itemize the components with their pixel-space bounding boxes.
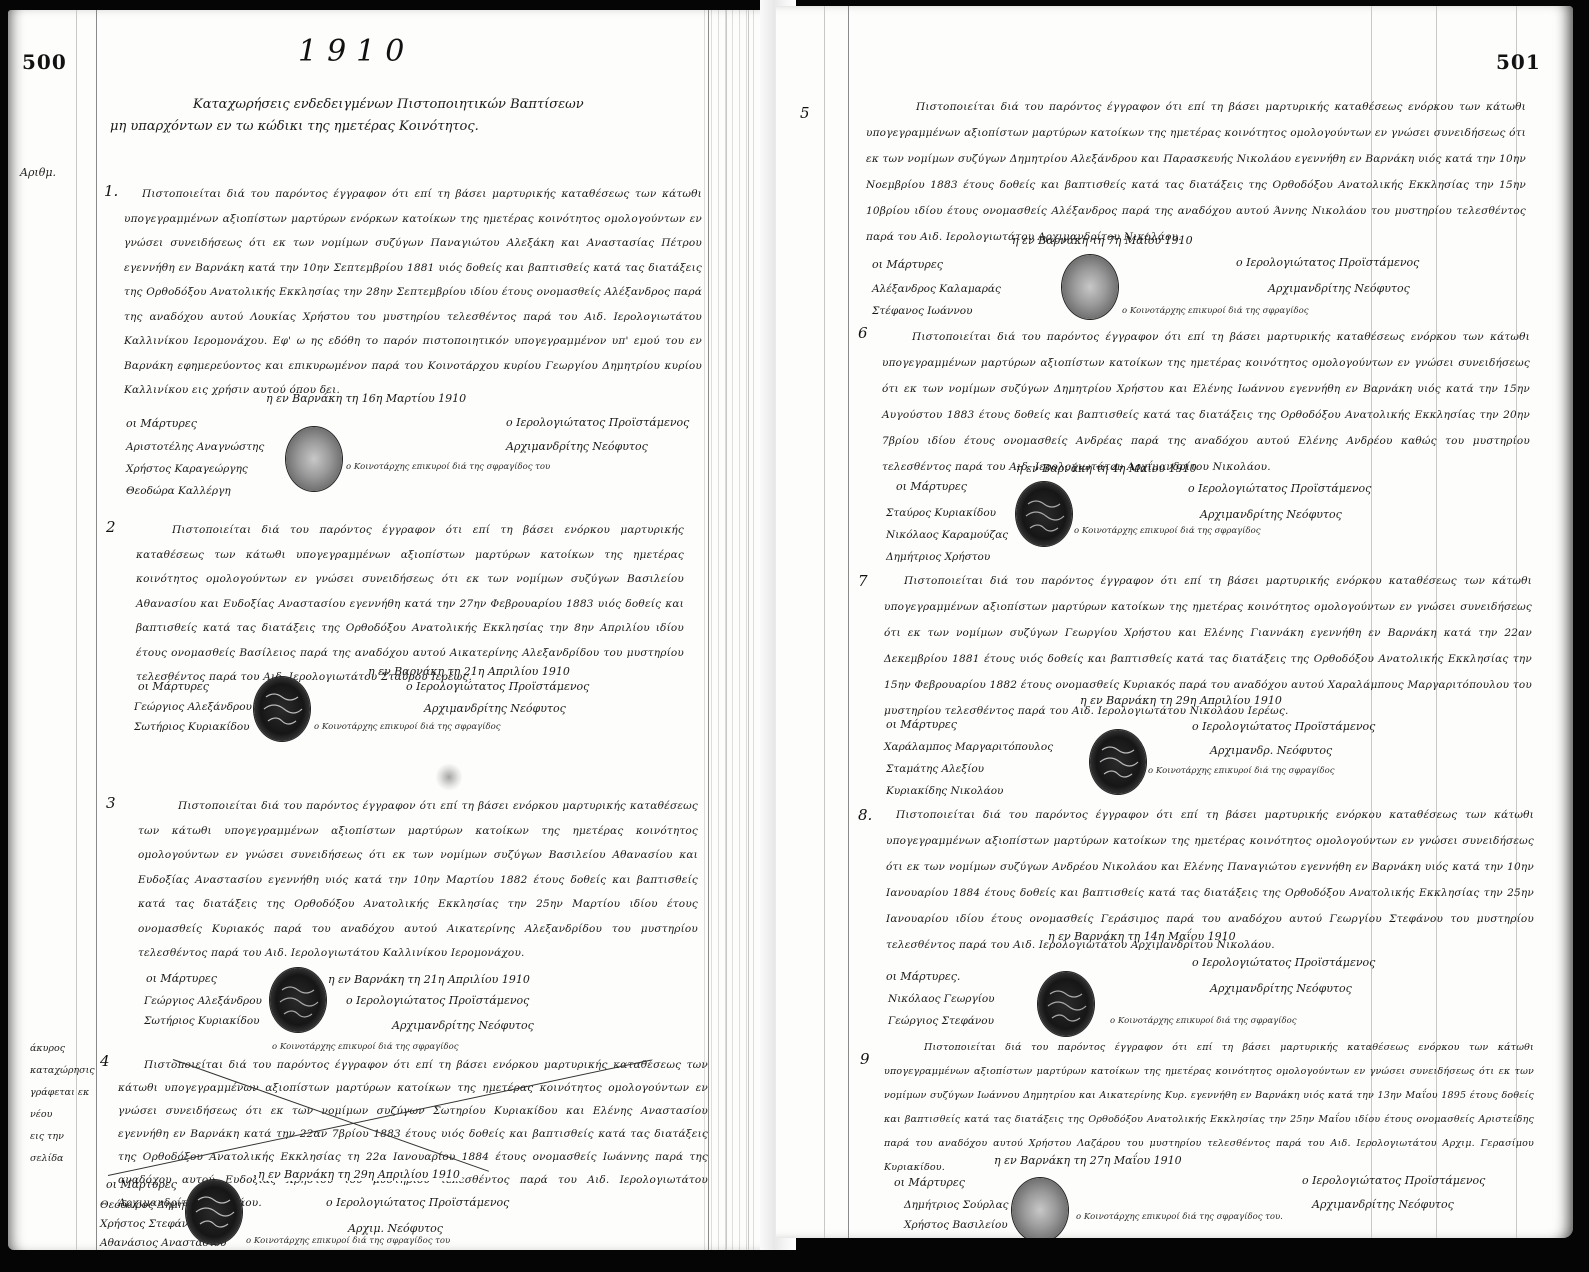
priest-signature: Αρχιμανδρίτης Νεόφυτος [506,434,648,460]
entry-number: 5 [800,104,810,122]
official-seal [1090,730,1146,794]
witness-name: Γεώργιος Αλεξάνδρου [134,696,252,718]
witnesses-label: οι Μάρτυρες [872,258,943,271]
register-year: 1910 [298,34,414,69]
number-column-header: Αριθμ. [20,166,56,179]
entry-date: η εν Βαρνάκη τη 29η Απριλίου 1910 [1080,694,1282,707]
entry-date: η εν Βαρνάκη τη 29η Απριλίου 1910 [256,1168,462,1181]
priest-title: ο Ιερολογιώτατος Προϊστάμενος [1236,250,1419,276]
priest-signature: Αρχιμανδρίτης Νεόφυτος [1268,276,1410,302]
seal-note: ο Κοινοτάρχης επικυροί διά της σφραγίδος… [346,462,550,472]
priest-signature: Αρχιμανδρ. Νεόφυτος [1210,738,1332,764]
seal-note: ο Κοινοτάρχης επικυροί διά της σφραγίδος… [1076,1212,1283,1222]
entry-date: η εν Βαρνάκη τη 4η Μαΐου 1910 [1016,462,1197,475]
witness-name: Νικόλαος Γεωργίου [888,988,995,1010]
margin-rule [848,6,849,1238]
entry-number: 2 [106,518,116,536]
witness-name: Γεώργιος Αλεξάνδρου [144,990,262,1012]
official-seal [1062,255,1118,319]
entry-text: Πιστοποιείται διά του παρόντος έγγραφον … [866,94,1526,250]
witness-name: Σταμάτης Αλεξίου [886,758,984,780]
entry-text: Πιστοποιείται διά του παρόντος έγγραφον … [884,1036,1534,1180]
page-number: 501 [1496,50,1541,74]
priest-signature: Αρχιμανδρίτης Νεόφυτος [1200,502,1342,528]
ledger-spread: 500 1910 Καταχωρήσεις ενδεδειγμένων Πιστ… [0,0,1589,1272]
priest-signature: Αρχιμανδρίτης Νεόφυτος [1210,976,1352,1002]
witness-name: Στέφανος Ιωάννου [872,300,973,322]
witness-name: Χρήστος Βασιλείου [904,1214,1008,1236]
page-number: 500 [22,50,67,74]
witness-name: Γεώργιος Στεφάνου [888,1010,994,1032]
witnesses-label: οι Μάρτυρες [138,680,209,693]
register-heading-line-1: Καταχωρήσεις ενδεδειγμένων Πιστοποιητικώ… [193,94,693,116]
right-page: 501 5 Πιστοποιείται διά του παρόντος έγγ… [776,6,1573,1238]
entry-number: 7 [858,572,868,590]
priest-signature: Αρχιμανδρίτης Νεόφυτος [1312,1192,1454,1218]
entry-date: η εν Βαρνάκη τη 7η Μαΐου 1910 [1012,234,1193,247]
priest-title: ο Ιερολογιώτατος Προϊστάμενος [1192,950,1375,976]
witness-name: Σταύρος Κυριακίδου [886,502,996,524]
entry-text: Πιστοποιείται διά του παρόντος έγγραφον … [124,182,702,403]
priest-title: ο Ιερολογιώτατος Προϊστάμενος [326,1190,509,1216]
margin-rule [824,6,825,1238]
official-seal [286,427,342,491]
witness-name: Νικόλαος Καραμούζας [886,524,1008,546]
priest-title: ο Ιερολογιώτατος Προϊστάμενος [506,410,689,436]
margin-annotation-line: άκυρος καταχώρησις [30,1038,100,1082]
witness-name: Αλέξανδρος Καλαμαράς [872,278,1001,300]
official-seal [1038,972,1094,1036]
witnesses-label: οι Μάρτυρες [146,972,217,985]
entry-number: 1. [104,182,118,200]
entry-text: Πιστοποιείται διά του παρόντος έγγραφον … [138,794,698,966]
entry-number: 6 [858,324,868,342]
entry-date: η εν Βαρνάκη τη 21η Απριλίου 1910 [328,973,530,986]
witnesses-label: οι Μάρτυρες. [886,970,960,983]
entry-date: η εν Βαρνάκη τη 27η Μαΐου 1910 [994,1154,1182,1167]
seal-note: ο Κοινοτάρχης επικυροί διά της σφραγίδος [1148,766,1334,776]
witnesses-label: οι Μάρτυρες [896,480,967,493]
entry-date: η εν Βαρνάκη τη 14η Μαΐου 1910 [1048,930,1236,943]
official-seal [1012,1178,1068,1238]
priest-title: ο Ιερολογιώτατος Προϊστάμενος [1302,1168,1485,1194]
priest-signature: Αρχιμανδρίτης Νεόφυτος [424,696,566,722]
register-heading-line-2: μη υπαρχόντων εν τω κώδικι της ημετέρας … [110,116,690,138]
witness-name: Χρήστος Καραγεώργης [126,458,248,480]
seal-note: ο Κοινοτάρχης επικυροί διά της σφραγίδος [314,722,500,732]
witness-name: Δημήτριος Σούρλας [904,1194,1009,1216]
priest-title: ο Ιερολογιώτατος Προϊστάμενος [346,988,529,1014]
priest-title: ο Ιερολογιώτατος Προϊστάμενος [1192,714,1375,740]
witness-name: Σωτήριος Κυριακίδου [144,1010,260,1032]
official-seal [186,1180,242,1244]
entry-number: 3 [106,794,116,812]
priest-signature: Αρχιμ. Νεόφυτος [348,1216,443,1242]
entry-text: Πιστοποιείται διά του παρόντος έγγραφον … [136,518,684,690]
witnesses-label: οι Μάρτυρες [886,718,957,731]
entry-number: 8. [858,806,872,824]
witness-name: Αριστοτέλης Αναγνώστης [126,436,264,458]
priest-title: ο Ιερολογιώτατος Προϊστάμενος [1188,476,1371,502]
witness-name: Θεοδώρα Καλλέργη [126,480,231,502]
seal-note: ο Κοινοτάρχης επικυροί διά της σφραγίδος [272,1042,458,1052]
entry-text: Πιστοποιείται διά του παρόντος έγγραφον … [882,324,1530,480]
priest-signature: Αρχιμανδρίτης Νεόφυτος [392,1013,534,1039]
witnesses-label: οι Μάρτυρες [106,1178,177,1191]
witness-name: Χαράλαμπος Μαργαριτόπουλος [884,736,1053,758]
witness-name: Κυριακίδης Νικολάου [886,780,1003,802]
seal-note: ο Κοινοτάρχης επικυροί διά της σφραγίδος [1122,306,1308,316]
margin-annotation-line: εις την σελίδα [30,1126,100,1170]
witness-name: Δημήτριος Χρήστου [886,546,990,568]
official-seal [270,968,326,1032]
witness-name: Σωτήριος Κυριακίδου [134,716,250,738]
official-seal [254,677,310,741]
witnesses-label: οι Μάρτυρες [894,1176,965,1189]
seal-note: ο Κοινοτάρχης επικυροί διά της σφραγίδος [1110,1016,1296,1026]
entry-number: 9 [860,1050,870,1068]
left-page: 500 1910 Καταχωρήσεις ενδεδειγμένων Πιστ… [8,10,776,1250]
official-seal [1016,482,1072,546]
margin-annotation-line: γράφεται εκ νέου [30,1082,100,1126]
entry-date: η εν Βαρνάκη τη 16η Μαρτίου 1910 [266,392,466,405]
margin-annotation: άκυρος καταχώρησις γράφεται εκ νέου εις … [30,1038,100,1170]
witnesses-label: οι Μάρτυρες [126,417,197,430]
ink-smudge [436,762,462,792]
entry-number: 4 [100,1052,110,1070]
